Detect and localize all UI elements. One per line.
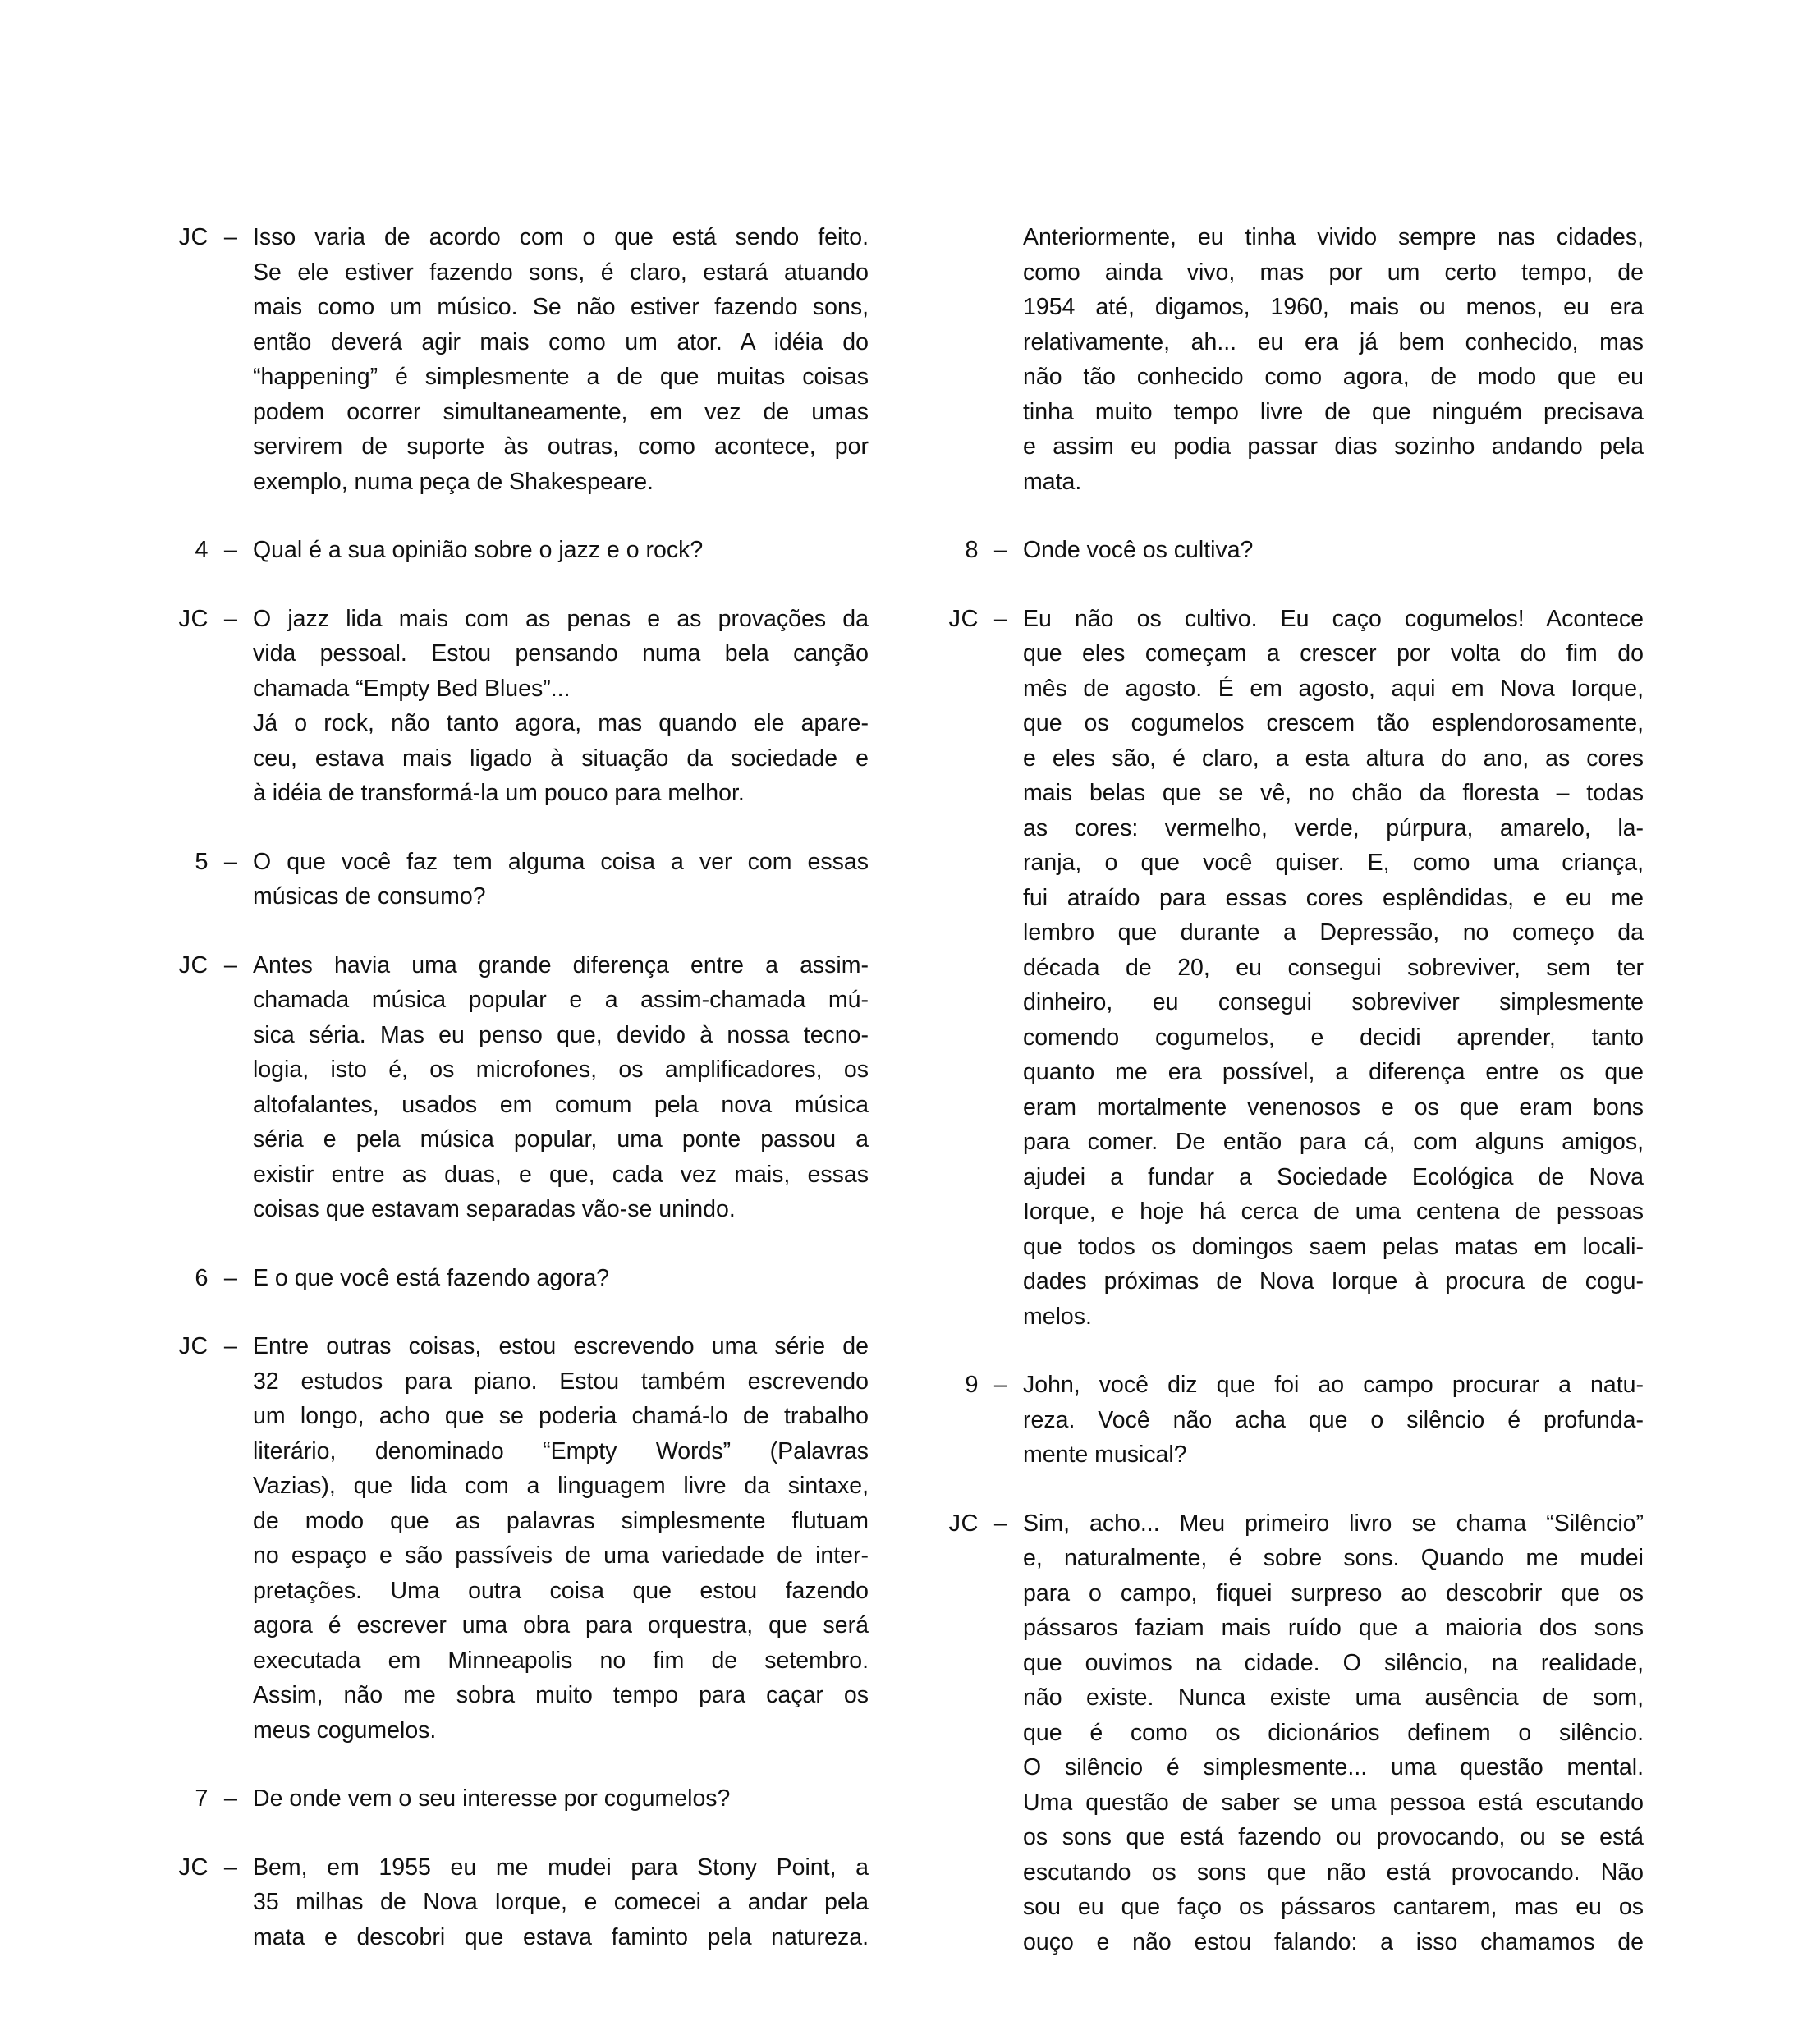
speaker-label: JC [161,220,209,255]
text-line: e eles são, é claro, a esta altura do an… [1023,741,1644,777]
interview-answer: JC–Bem, em 1955 eu me mudei para Stony P… [161,1850,869,1955]
speaker-label: JC [931,602,979,637]
interview-answer: JC–Entre outras coisas, estou escrevendo… [161,1329,869,1748]
text-line: que ouvimos na cidade. O silêncio, na re… [1023,1646,1644,1681]
text-line: ouço e não estou falando: a isso chamamo… [1023,1925,1644,1960]
entry-text: Qual é a sua opinião sobre o jazz e o ro… [253,533,869,568]
entry-text: Isso varia de acordo com o que está send… [253,220,869,499]
text-line: “happening” é simplesmente a de que muit… [253,360,869,395]
text-line: chamada música popular e a assim-chamada… [253,983,869,1018]
text-line: Já o rock, não tanto agora, mas quando e… [253,706,869,741]
text-line: agora é escrever uma obra para orquestra… [253,1608,869,1643]
question-number: 4 [161,533,209,568]
text-line: coisas que estavam separadas vão-se unin… [253,1192,869,1227]
question-number: 9 [931,1368,979,1403]
text-line: fui atraído para essas cores esplêndidas… [1023,881,1644,916]
text-line: dinheiro, eu consegui sobreviver simples… [1023,985,1644,1020]
dash-separator: – [979,1368,1023,1403]
text-line: no espaço e são passíveis de uma varieda… [253,1538,869,1574]
text-line: meus cogumelos. [253,1713,869,1748]
text-line: sou eu que faço os pássaros cantarem, ma… [1023,1890,1644,1925]
interview-question: 9–John, você diz que foi ao campo procur… [931,1368,1644,1473]
text-line: para o campo, fiquei surpreso ao descobr… [1023,1576,1644,1611]
text-line: para comer. De então para cá, com alguns… [1023,1125,1644,1160]
text-line: Qual é a sua opinião sobre o jazz e o ro… [253,533,869,568]
entry-text: E o que você está fazendo agora? [253,1261,869,1296]
interview-question: 8–Onde você os cultiva? [931,533,1644,568]
document-page: JC–Isso varia de acordo com o que está s… [0,0,1798,2044]
left-column: JC–Isso varia de acordo com o que está s… [161,220,869,1988]
speaker-label: JC [161,602,209,637]
dash-separator: – [209,533,253,568]
text-line: Se ele estiver fazendo sons, é claro, es… [253,255,869,291]
text-line: como ainda vivo, mas por um certo tempo,… [1023,255,1644,291]
text-line: melos. [1023,1299,1644,1335]
text-line: mais belas que se vê, no chão da florest… [1023,776,1644,811]
text-line: podem ocorrer simultaneamente, em vez de… [253,395,869,430]
text-line: ceu, estava mais ligado à situação da so… [253,741,869,777]
entry-text: Sim, acho... Meu primeiro livro se chama… [1023,1506,1644,1960]
interview-question: 5–O que você faz tem alguma coisa a ver … [161,845,869,914]
interview-question: 4–Qual é a sua opinião sobre o jazz e o … [161,533,869,568]
text-line: altofalantes, usados em comum pela nova … [253,1088,869,1123]
text-line: Entre outras coisas, estou escrevendo um… [253,1329,869,1364]
text-line: mata. [1023,465,1644,500]
entry-text: O jazz lida mais com as penas e as prova… [253,602,869,811]
text-line: que todos os domingos saem pelas matas e… [1023,1230,1644,1265]
text-line: Bem, em 1955 eu me mudei para Stony Poin… [253,1850,869,1886]
text-line: que os cogumelos crescem tão esplendoros… [1023,706,1644,741]
text-line: Isso varia de acordo com o que está send… [253,220,869,255]
entry-text: John, você diz que foi ao campo procurar… [1023,1368,1644,1473]
text-line: dades próximas de Nova Iorque à procura … [1023,1264,1644,1299]
entry-text: Onde você os cultiva? [1023,533,1644,568]
text-line: lembro que durante a Depressão, no começ… [1023,915,1644,951]
text-line: de modo que as palavras simplesmente flu… [253,1504,869,1539]
text-line: reza. Você não acha que o silêncio é pro… [1023,1403,1644,1438]
text-line: relativamente, ah... eu era já bem conhe… [1023,325,1644,360]
continued-answer: Anteriormente, eu tinha vivido sempre na… [931,220,1644,499]
speaker-label: JC [161,1329,209,1364]
interview-answer: JC–Sim, acho... Meu primeiro livro se ch… [931,1506,1644,1960]
text-line: sica séria. Mas eu penso que, devido à n… [253,1018,869,1053]
text-line: mês de agosto. É em agosto, aqui em Nova… [1023,671,1644,707]
speaker-label: JC [161,1850,209,1886]
dash-separator: – [979,1506,1023,1542]
text-line: Iorque, e hoje há cerca de uma centena d… [1023,1194,1644,1230]
text-line: que eles começam a crescer por volta do … [1023,636,1644,671]
dash-separator: – [209,220,253,255]
dash-separator: – [209,1781,253,1817]
text-line: eram mortalmente venenosos e os que eram… [1023,1090,1644,1125]
text-line: escutando os sons que não está provocand… [1023,1855,1644,1890]
text-line: não tão conhecido como agora, de modo qu… [1023,360,1644,395]
text-line: Eu não os cultivo. Eu caço cogumelos! Ac… [1023,602,1644,637]
text-line: logia, isto é, os microfones, os amplifi… [253,1052,869,1088]
text-line: exemplo, numa peça de Shakespeare. [253,465,869,500]
entry-text: Anteriormente, eu tinha vivido sempre na… [1023,220,1644,499]
text-line: e, naturalmente, é sobre sons. Quando me… [1023,1541,1644,1576]
text-line: mata e descobri que estava faminto pela … [253,1920,869,1955]
text-line: que é como os dicionários definem o silê… [1023,1716,1644,1751]
text-line: De onde vem o seu interesse por cogumelo… [253,1781,869,1817]
dash-separator: – [979,602,1023,637]
text-line: John, você diz que foi ao campo procurar… [1023,1368,1644,1403]
text-line: mente musical? [1023,1437,1644,1473]
text-line: os sons que está fazendo ou provocando, … [1023,1820,1644,1855]
text-line: executada em Minneapolis no fim de setem… [253,1643,869,1679]
speaker-label: JC [161,948,209,983]
dash-separator: – [209,948,253,983]
text-line: Vazias), que lida com a linguagem livre … [253,1469,869,1504]
text-line: quanto me era possível, a diferença entr… [1023,1055,1644,1090]
question-number: 5 [161,845,209,880]
text-line: as cores: vermelho, verde, púrpura, amar… [1023,811,1644,846]
text-line: 35 milhas de Nova Iorque, e comecei a an… [253,1885,869,1920]
text-line: Anteriormente, eu tinha vivido sempre na… [1023,220,1644,255]
text-line: vida pessoal. Estou pensando numa bela c… [253,636,869,671]
text-line: séria e pela música popular, uma ponte p… [253,1122,869,1157]
interview-question: 7–De onde vem o seu interesse por cogume… [161,1781,869,1817]
interview-answer: JC–Eu não os cultivo. Eu caço cogumelos!… [931,602,1644,1335]
text-line: servirem de suporte às outras, como acon… [253,429,869,465]
text-line: e assim eu podia passar dias sozinho and… [1023,429,1644,465]
text-line: existir entre as duas, e que, cada vez m… [253,1157,869,1193]
entry-text: Eu não os cultivo. Eu caço cogumelos! Ac… [1023,602,1644,1335]
entry-text: O que você faz tem alguma coisa a ver co… [253,845,869,914]
text-line: pretações. Uma outra coisa que estou faz… [253,1574,869,1609]
text-line: década de 20, eu consegui sobreviver, se… [1023,951,1644,986]
interview-answer: JC–Antes havia uma grande diferença entr… [161,948,869,1227]
text-line: músicas de consumo? [253,879,869,914]
right-column: Anteriormente, eu tinha vivido sempre na… [931,220,1644,1993]
dash-separator: – [209,1261,253,1296]
text-line: Onde você os cultiva? [1023,533,1644,568]
text-line: 32 estudos para piano. Estou também escr… [253,1364,869,1400]
text-line: O que você faz tem alguma coisa a ver co… [253,845,869,880]
text-line: O silêncio é simplesmente... uma questão… [1023,1750,1644,1785]
interview-answer: JC–Isso varia de acordo com o que está s… [161,220,869,499]
text-line: chamada “Empty Bed Blues”... [253,671,869,707]
text-line: ranja, o que você quiser. E, como uma cr… [1023,846,1644,881]
text-line: pássaros faziam mais ruído que a maioria… [1023,1611,1644,1646]
entry-text: Antes havia uma grande diferença entre a… [253,948,869,1227]
text-line: Assim, não me sobra muito tempo para caç… [253,1678,869,1713]
dash-separator: – [209,1329,253,1364]
question-number: 7 [161,1781,209,1817]
text-line: Uma questão de saber se uma pessoa está … [1023,1785,1644,1821]
text-line: Antes havia uma grande diferença entre a… [253,948,869,983]
entry-text: De onde vem o seu interesse por cogumelo… [253,1781,869,1817]
text-line: tinha muito tempo livre de que ninguém p… [1023,395,1644,430]
text-line: comendo cogumelos, e decidi aprender, ta… [1023,1020,1644,1056]
dash-separator: – [209,1850,253,1886]
text-line: à idéia de transformá-la um pouco para m… [253,776,869,811]
text-line: não existe. Nunca existe uma ausência de… [1023,1680,1644,1716]
entry-text: Entre outras coisas, estou escrevendo um… [253,1329,869,1748]
text-line: literário, denominado “Empty Words” (Pal… [253,1434,869,1469]
text-line: ajudei a fundar a Sociedade Ecológica de… [1023,1160,1644,1195]
entry-text: Bem, em 1955 eu me mudei para Stony Poin… [253,1850,869,1955]
interview-answer: JC–O jazz lida mais com as penas e as pr… [161,602,869,811]
interview-question: 6–E o que você está fazendo agora? [161,1261,869,1296]
text-line: um longo, acho que se poderia chamá-lo d… [253,1399,869,1434]
dash-separator: – [979,533,1023,568]
text-line: E o que você está fazendo agora? [253,1261,869,1296]
dash-separator: – [209,602,253,637]
question-number: 6 [161,1261,209,1296]
text-line: 1954 até, digamos, 1960, mais ou menos, … [1023,290,1644,325]
question-number: 8 [931,533,979,568]
text-line: O jazz lida mais com as penas e as prova… [253,602,869,637]
dash-separator: – [209,845,253,880]
text-line: mais como um músico. Se não estiver faze… [253,290,869,325]
text-line: então deverá agir mais como um ator. A i… [253,325,869,360]
speaker-label: JC [931,1506,979,1542]
text-line: Sim, acho... Meu primeiro livro se chama… [1023,1506,1644,1542]
